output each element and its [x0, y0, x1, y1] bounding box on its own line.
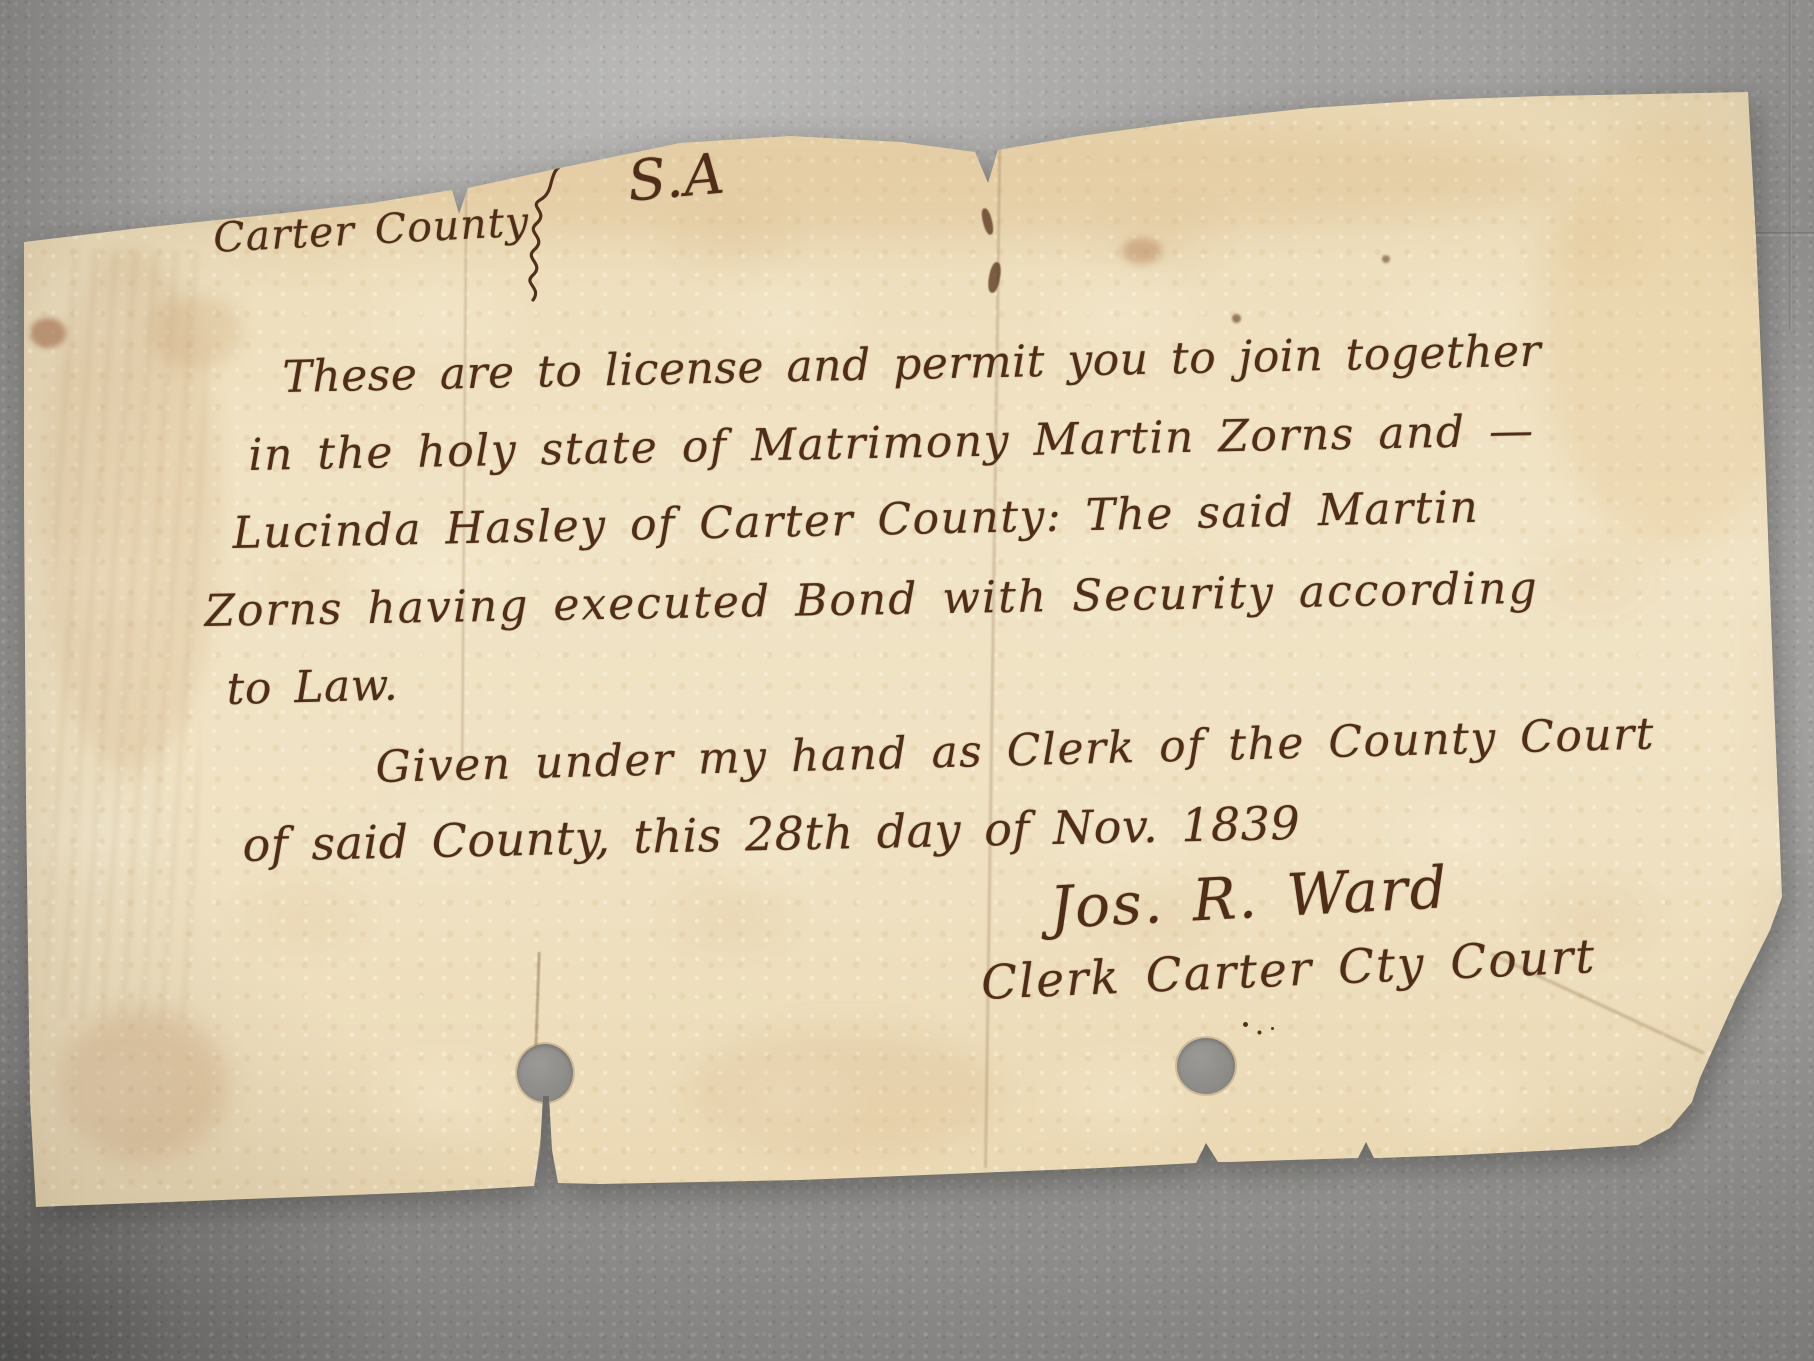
paper-stain	[1122, 238, 1162, 264]
document-paper-wrap: State of Kentucky S.A Carter County Thes…	[0, 0, 1814, 1361]
paper-stain	[1382, 255, 1390, 263]
document-paper: State of Kentucky S.A Carter County Thes…	[0, 0, 1814, 1361]
paper-stain	[30, 318, 66, 348]
paper-stain	[148, 296, 243, 368]
paper-stain	[58, 1010, 228, 1160]
paper-stain	[1545, 120, 1795, 550]
punch-hole-right	[1177, 1038, 1235, 1094]
pen-dots	[1243, 1022, 1248, 1027]
doc-body-line: to Law.	[226, 660, 399, 715]
paper-stain	[1232, 314, 1241, 323]
photo-scene: State of Kentucky S.A Carter County Thes…	[0, 0, 1814, 1361]
paper-stain	[690, 1030, 1000, 1155]
brace-mark	[524, 156, 588, 316]
doc-sct-abbrev: S.A	[625, 141, 728, 214]
